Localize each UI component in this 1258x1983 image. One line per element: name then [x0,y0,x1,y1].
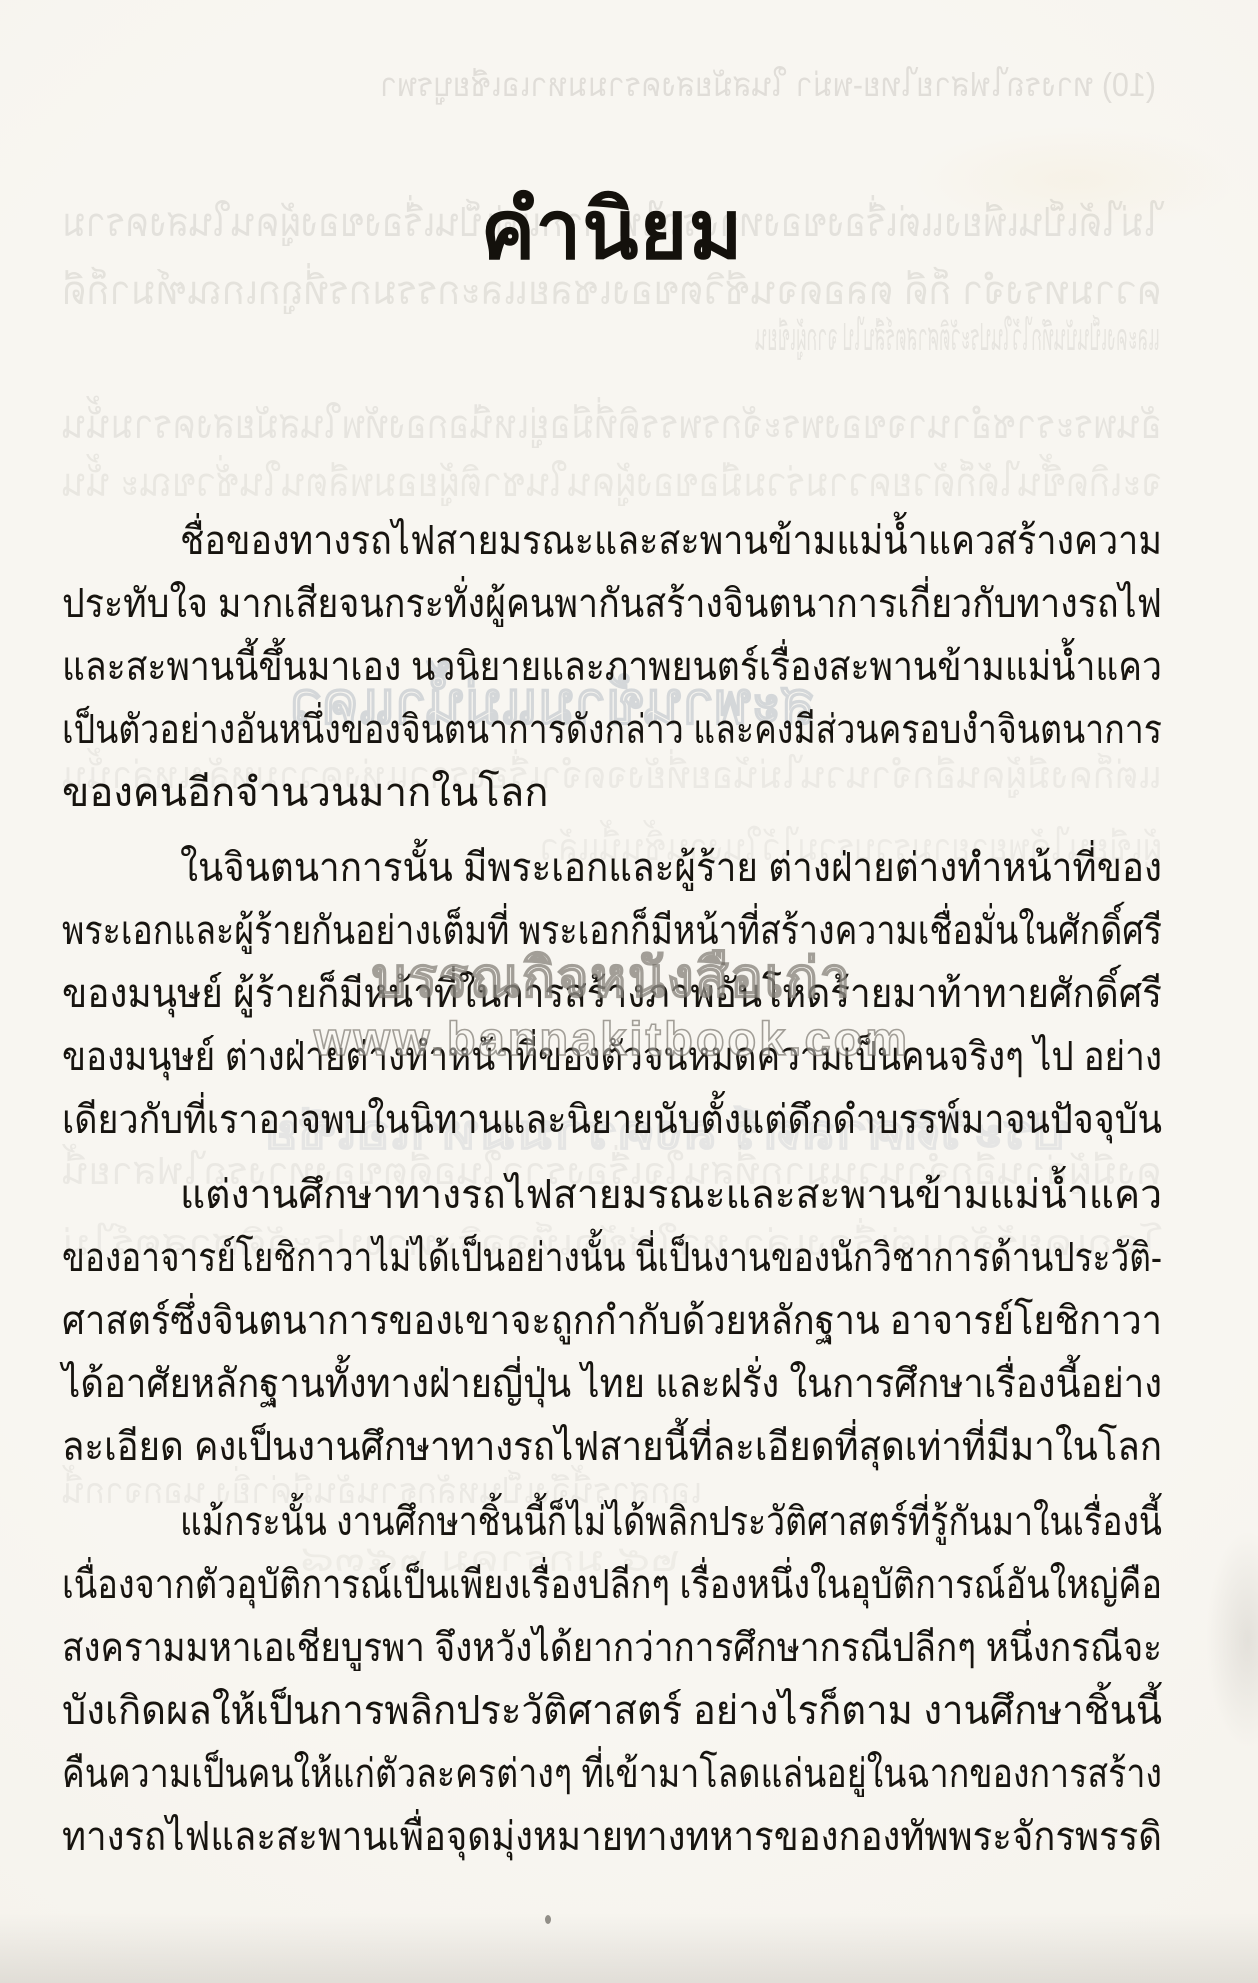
body-line: และสะพานนี้ขึ้นมาเอง นวนิยายและภาพยนตร์เ… [62,636,1162,699]
paragraph-3: แต่งานศึกษาทางรถไฟสายมรณะและสะพานข้ามแม่… [62,1164,1162,1479]
paragraph-1: ชื่อของทางรถไฟสายมรณะและสะพานข้ามแม่น้ำแ… [62,510,1162,825]
body-line: บังเกิดผลให้เป็นการพลิกประวัติศาสตร์ อย่… [62,1680,1162,1743]
scan-smudge [1206,1530,1258,1750]
body-line: ของมนุษย์ ผู้ร้ายก็มีหน้าที่ในการสร้างภา… [62,963,1162,1026]
body-line: พระเอกและผู้ร้ายกันอย่างเต็มที่ พระเอกก็… [62,900,1162,963]
body-line: คืนความเป็นคนให้แก่ตัวละครต่างๆ ที่เข้าม… [62,1743,1162,1806]
book-page: (10) ทางรถไฟสายไทย-พม่า ในสมัยสงครามมหาเ… [0,0,1258,1983]
showthrough-line: จะเกิดขึ้นได้ก็ด้วยความร่วมมือของผู้คนใน… [62,450,1162,514]
paragraph-2: ในจินตนาการนั้น มีพระเอกและผู้ร้าย ต่างฝ… [62,837,1162,1152]
body-line: ศาสตร์ซึ่งจินตนาการของเขาจะถูกกำกับด้วยห… [62,1290,1162,1353]
body-line: ของคนอีกจำนวนมากในโลก [62,762,1162,825]
paragraph-4: แม้กระนั้น งานศึกษาชิ้นนี้ก็ไม่ได้พลิกปร… [62,1491,1162,1869]
showthrough-line: และคงเป็นบันทึกไว้ในประวัติศาสตร์สืบไป จ… [755,306,1160,367]
body-line: เนื่องจากตัวอุบัติการณ์เป็นเพียงเรื่องปล… [62,1554,1162,1617]
body-line: เดียวกับที่เราอาจพบในนิทานและนิยายนับตั้… [62,1089,1162,1152]
body-line: ประทับใจ มากเสียจนกระทั่งผู้คนพากันสร้าง… [62,573,1162,636]
body-line: ละเอียด คงเป็นงานศึกษาทางรถไฟสายนี้ที่ละ… [62,1416,1162,1479]
body-line: ได้อาศัยหลักฐานทั้งทางฝ่ายญี่ปุ่น ไทย แล… [62,1353,1162,1416]
body-line: ทางรถไฟและสะพานเพื่อจุดมุ่งหมายทางทหารขอ… [62,1806,1162,1869]
body-line: ของอาจารย์โยชิกาวาไม่ได้เป็นอย่างนั้น นี… [62,1227,1162,1290]
body-line: แม้กระนั้น งานศึกษาชิ้นนี้ก็ไม่ได้พลิกปร… [62,1491,1162,1554]
body-line: ของมนุษย์ ต่างฝ่ายต่างทำหน้าที่ของตัวจนห… [62,1026,1162,1089]
body-line: ชื่อของทางรถไฟสายมรณะและสะพานข้ามแม่น้ำแ… [62,510,1162,573]
body-line: ในจินตนาการนั้น มีพระเอกและผู้ร้าย ต่างฝ… [62,837,1162,900]
scan-shadow [0,1913,1258,1983]
body-text: ชื่อของทางรถไฟสายมรณะและสะพานข้ามแม่น้ำแ… [62,510,1162,1881]
showthrough-line: อันพระราชอำนาจของพระจักรพรรดิที่มีอยู่เห… [62,392,1162,456]
body-line: แต่งานศึกษาทางรถไฟสายมรณะและสะพานข้ามแม่… [62,1164,1162,1227]
page-title: คำนิยม [62,176,1162,286]
body-line: สงครามมหาเอเชียบูรพา จึงหวังได้ยากว่าการ… [62,1617,1162,1680]
body-line: เป็นตัวอย่างอันหนึ่งของจินตนาการดังกล่าว… [62,699,1162,762]
showthrough-line: (10) ทางรถไฟสายไทย-พม่า ในสมัยสงครามมหาเ… [380,58,1156,111]
